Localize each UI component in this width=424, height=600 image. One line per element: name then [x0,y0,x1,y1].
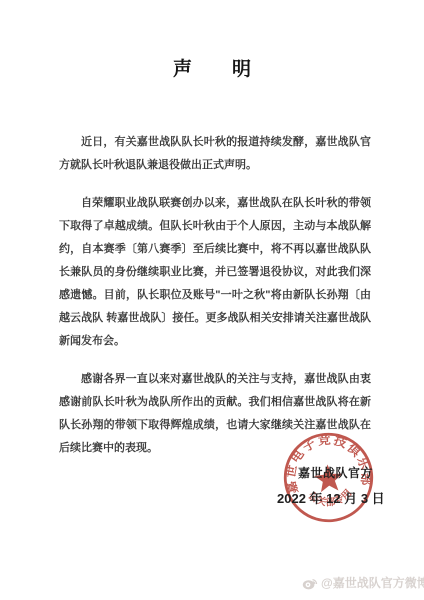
signature: 嘉世战队官方 [298,464,373,481]
document-body: 近日，有关嘉世战队队长叶秋的报道持续发酵，嘉世战队官方就队长叶秋退队兼退役做出正… [0,131,424,460]
weibo-icon [302,576,318,590]
watermark-text: @嘉世战队官方微博 [321,574,424,591]
paragraph-2: 自荣耀职业战队联赛创办以来，嘉世战队在队长叶秋的带领下取得了卓越成绩。但队长叶秋… [59,192,371,353]
paragraph-1: 近日，有关嘉世战队队长叶秋的报道持续发酵，嘉世战队官方就队长叶秋退队兼退役做出正… [59,131,371,177]
watermark: @嘉世战队官方微博 [302,574,424,591]
document-title: 声明 [0,0,424,81]
date: 2022 年 12 月 3 日 [277,488,385,507]
statement-document: 声明 近日，有关嘉世战队队长叶秋的报道持续发酵，嘉世战队官方就队长叶秋退队兼退役… [0,0,424,600]
